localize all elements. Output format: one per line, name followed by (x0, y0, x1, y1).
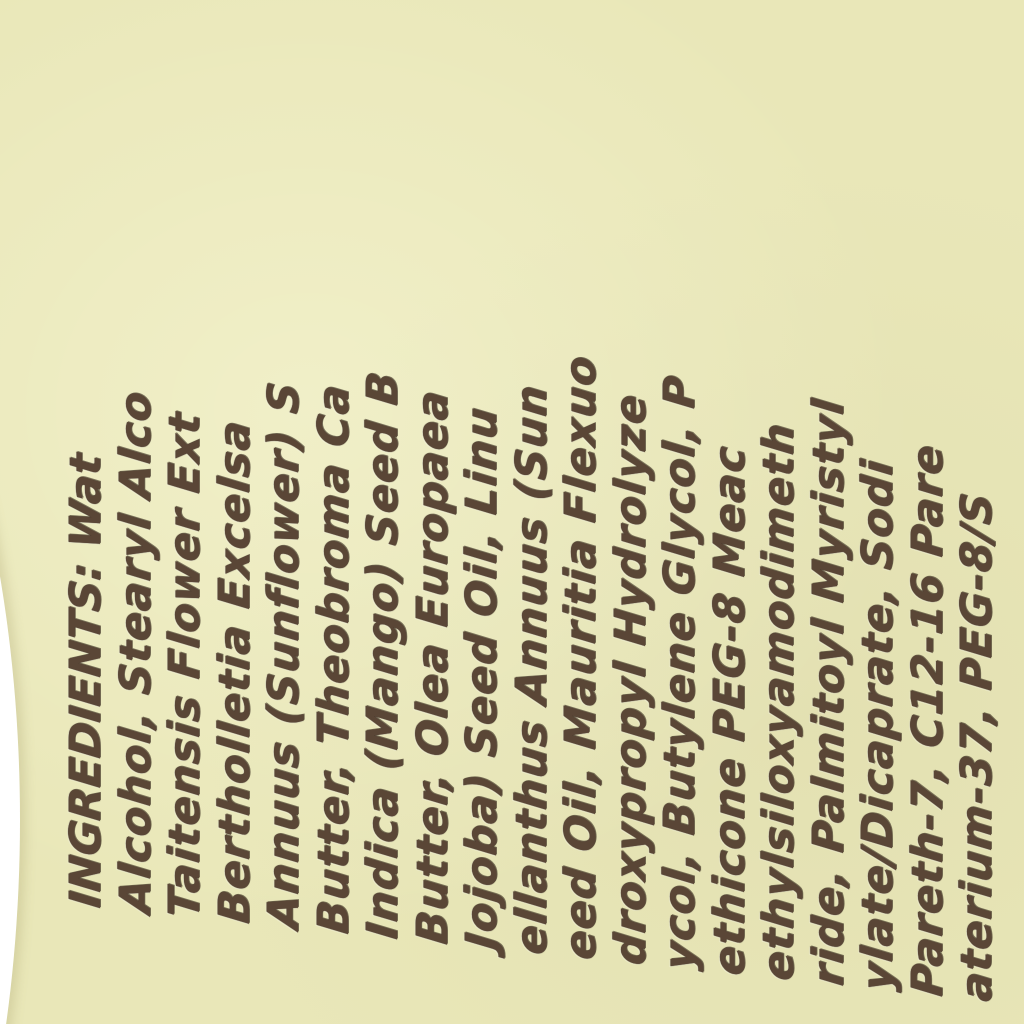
ingredients-line-1: INGREDIENTS: Wat (62, 0, 112, 910)
ingredients-text-block: INGREDIENTS: Wat Alcohol, Stearyl Alco T… (62, 0, 1003, 1004)
ingredients-line-7: Indica (Mango) Seed B (359, 0, 409, 941)
ingredients-line-2: Alcohol, Stearyl Alco (112, 0, 162, 915)
ingredients-line-13: ycol, Butylene Glycol, P (656, 0, 706, 973)
ingredients-line-9: Jojoba) Seed Oil, Linu (458, 0, 508, 952)
ingredients-line-17: ylate/Dicaprate, Sodi (854, 0, 904, 993)
ingredients-line-4: Bertholletia Excelsa (211, 0, 261, 926)
ingredients-line-19: aterium-37, PEG-8/S (953, 0, 1003, 1004)
ingredients-line-5: Annuus (Sunflower) S (260, 0, 310, 931)
ingredients-line-8: Butter, Olea Europaea (409, 0, 459, 947)
ingredients-label: INGREDIENTS: Wat Alcohol, Stearyl Alco T… (0, 0, 1024, 1024)
ingredients-line-12: droxypropyl Hydrolyze (607, 0, 657, 967)
ingredients-line-15: ethylsiloxyamodimeth (755, 0, 805, 983)
ingredients-line-18: Pareth-7, C12-16 Pare (904, 0, 954, 999)
ingredients-line-10: ellanthus Annuus (Sun (508, 0, 558, 957)
ingredients-line-14: ethicone PEG-8 Meac (706, 0, 756, 978)
ingredients-line-16: ride, Palmitoyl Myristyl (805, 0, 855, 988)
ingredients-line-11: eed Oil, Mauritia Flexuo (557, 0, 607, 962)
ingredients-line-6: Butter, Theobroma Ca (310, 0, 360, 936)
ingredients-line-3: Taitensis Flower Ext (161, 0, 211, 921)
